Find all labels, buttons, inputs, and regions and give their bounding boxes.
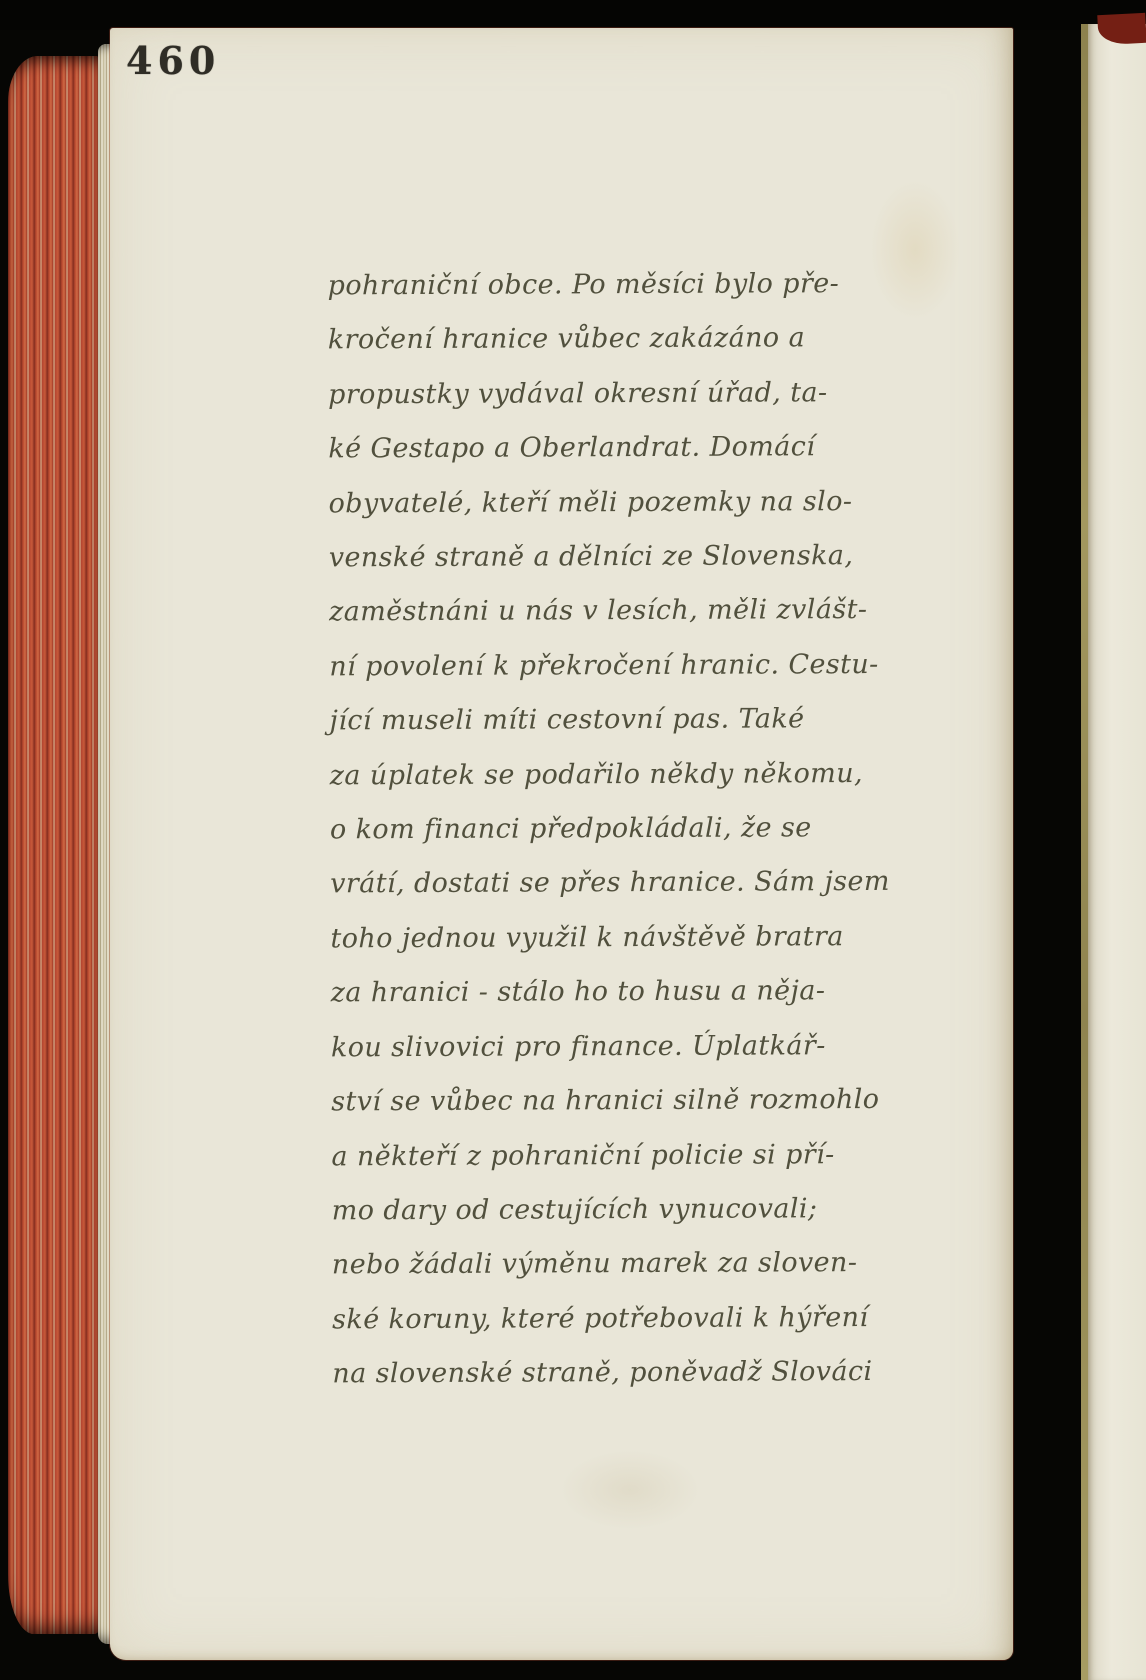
handwritten-line: zaměstnáni u nás v lesích, měli zvlášt- [329, 583, 959, 640]
paper-stain [560, 1450, 700, 1530]
handwritten-line: obyvatelé, kteří měli pozemky na slo- [328, 474, 958, 531]
handwritten-line: ní povolení k překročení hranic. Cestu- [329, 637, 959, 694]
handwritten-line: jící museli míti cestovní pas. Také [329, 692, 959, 749]
handwritten-line: na slovenské straně, poněvadž Slováci [332, 1345, 962, 1402]
handwritten-line: propustky vydával okresní úřad, ta- [328, 365, 958, 422]
handwritten-line: vrátí, dostati se přes hranice. Sám jsem [330, 855, 960, 912]
handwritten-line: pohraniční obce. Po měsíci bylo pře- [328, 257, 958, 314]
page-number: 460 [126, 38, 220, 83]
handwritten-line: kročení hranice vůbec zakázáno a [328, 311, 958, 368]
handwritten-line: ké Gestapo a Oberlandrat. Domácí [328, 420, 958, 477]
handwritten-line: a někteří z pohraniční policie si pří- [331, 1127, 961, 1184]
handwritten-line: ství se vůbec na hranici silně rozmohlo [331, 1073, 961, 1130]
red-page-edges [8, 56, 100, 1634]
facing-page-sliver [1088, 24, 1146, 1680]
background-shadow [0, 0, 1146, 30]
handwritten-line: venské straně a dělníci ze Slovenska, [329, 529, 959, 586]
handwritten-line: mo dary od cestujících vynucovali; [332, 1182, 962, 1239]
handwritten-line: kou slivovici pro finance. Úplatkář- [331, 1018, 961, 1075]
book-scan: 460 pohraniční obce. Po měsíci bylo pře-… [0, 0, 1146, 1680]
handwritten-line: nebo žádali výměnu marek za sloven- [332, 1236, 962, 1293]
handwritten-line: o kom financi předpokládali, že se [330, 801, 960, 858]
book-gutter-fold [1081, 24, 1088, 1680]
handwritten-line: ské koruny, které potřebovali k hýření [332, 1290, 962, 1347]
handwritten-text: pohraniční obce. Po měsíci bylo pře- kro… [328, 257, 963, 1402]
handwritten-line: za úplatek se podařilo někdy někomu, [330, 746, 960, 803]
handwritten-line: za hranici - stálo ho to husu a něja- [331, 964, 961, 1021]
handwritten-line: toho jednou využil k návštěvě bratra [330, 909, 960, 966]
